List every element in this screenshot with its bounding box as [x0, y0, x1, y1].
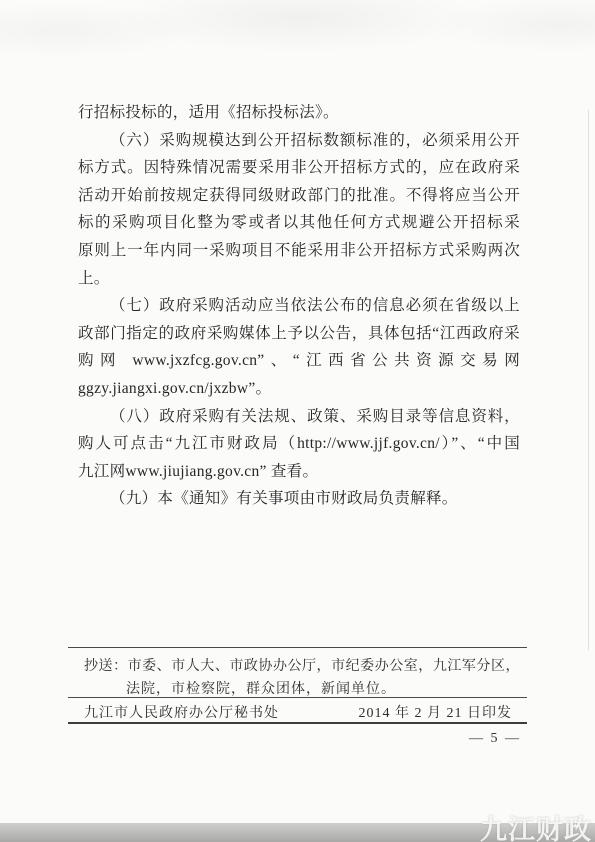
document-page: 行招标投标的，适用《招标投标法》。 （六）采购规模达到公开招标数额标准的，必须采… [0, 0, 595, 842]
footer-rule-top [68, 647, 527, 648]
body-line: （六）采购规模达到公开招标数额标准的，必须采用公开招 [78, 127, 520, 155]
body-line: 政部门指定的政府采购媒体上予以公告，具体包括“江西政府采 [78, 320, 520, 348]
body-line: 行招标投标的，适用《招标投标法》。 [78, 99, 520, 127]
body-line: 活动开始前按规定获得同级财政部门的批准。不得将应当公开招 [78, 182, 520, 210]
body-line: （九）本《通知》有关事项由市财政局负责解释。 [78, 485, 520, 513]
body-line: （七）政府采购活动应当依法公布的信息必须在省级以上财 [78, 292, 520, 320]
watermark-band: 九江财政 [0, 823, 595, 842]
document-body: 行招标投标的，适用《招标投标法》。 （六）采购规模达到公开招标数额标准的，必须采… [78, 99, 520, 513]
body-line: 购人可点击“九江市财政局（http://www.jjf.gov.cn/）”、“中… [78, 430, 520, 458]
body-line: ggzy.jiangxi.gov.cn/jxzbw”。 [78, 375, 520, 403]
body-line: 购网 www.jxzfcg.gov.cn”、“江西省公共资源交易网 [78, 347, 520, 375]
print-date: 2014 年 2 月 21 日印发 [359, 702, 513, 722]
cc-label: 抄送： [84, 659, 128, 674]
page-number: — 5 — [469, 731, 521, 747]
issuer-row: 九江市人民政府办公厅秘书处 2014 年 2 月 21 日印发 [84, 702, 512, 722]
watermark-text: 九江财政 [480, 817, 592, 842]
footer-rule-bottom [68, 722, 527, 724]
body-line: 九江网www.jiujiang.gov.cn” 查看。 [78, 458, 520, 486]
document-footer: 抄送：市委、市人大、市政协办公厅，市纪委办公室，九江军分区，市 法院，市检察院，… [68, 647, 527, 725]
scan-edge-shadow [588, 110, 589, 650]
body-line: 上。 [78, 265, 520, 293]
body-line: 原则上一年内同一采购项目不能采用非公开招标方式采购两次以 [78, 237, 520, 265]
cc-recipients-1: 市委、市人大、市政协办公厅，市纪委办公室，九江军分区，市 [84, 659, 520, 675]
footer-rule-middle [68, 697, 527, 698]
cc-recipients-2: 法院，市检察院，群众团体，新闻单位。 [126, 678, 396, 698]
cc-line: 抄送：市委、市人大、市政协办公厅，市纪委办公室，九江军分区，市 [84, 655, 520, 675]
issuer-name: 九江市人民政府办公厅秘书处 [84, 702, 279, 722]
body-line: 标方式。因特殊情况需要采用非公开招标方式的，应在政府采购 [78, 154, 520, 182]
body-line: （八）政府采购有关法规、政策、采购目录等信息资料，采 [78, 403, 520, 431]
body-line: 标的采购项目化整为零或者以其他任何方式规避公开招标采购。 [78, 209, 520, 237]
